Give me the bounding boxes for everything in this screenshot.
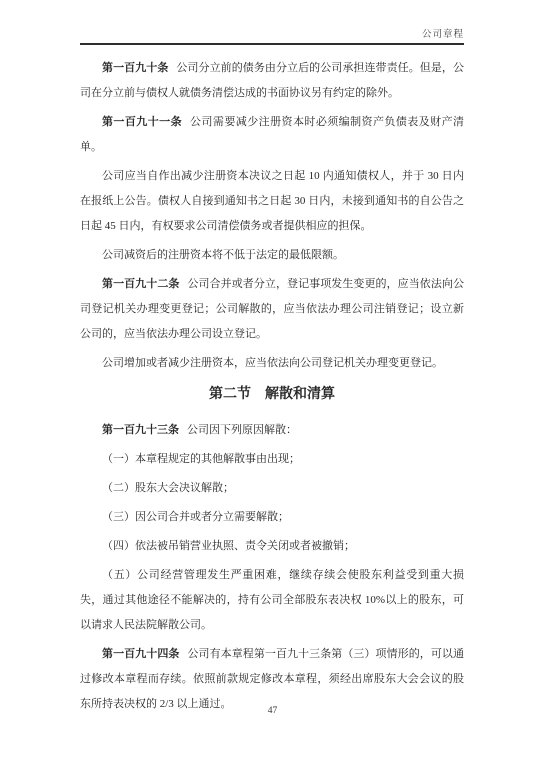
article-194-label: 第一百九十四条 bbox=[102, 648, 179, 660]
dissolution-item-4: （四）依法被吊销营业执照、责令关闭或者被撤销； bbox=[80, 534, 464, 559]
article-192-label: 第一百九十二条 bbox=[102, 278, 179, 290]
dissolution-item-5: （五）公司经营管理发生严重困难，继续存续会使股东利益受到重大损失，通过其他途径不… bbox=[80, 563, 464, 638]
document-page: 公司章程 第一百九十条公司分立前的债务由分立后的公司承担连带责任。但是，公司在分… bbox=[0, 0, 545, 771]
article-190-paragraph: 第一百九十条公司分立前的债务由分立后的公司承担连带责任。但是，公司在分立前与债权… bbox=[80, 56, 464, 106]
dissolution-item-1: （一）本章程规定的其他解散事由出现； bbox=[80, 447, 464, 472]
article-193-text: 公司因下列原因解散： bbox=[187, 424, 297, 436]
dissolution-item-2: （二）股东大会决议解散； bbox=[80, 476, 464, 501]
page-header: 公司章程 bbox=[80, 26, 464, 45]
page-number: 47 bbox=[268, 706, 278, 716]
capital-reduction-notice-paragraph: 公司应当自作出减少注册资本决议之日起 10 内通知债权人，并于 30 日内在报纸… bbox=[80, 164, 464, 239]
article-193-paragraph: 第一百九十三条公司因下列原因解散： bbox=[80, 418, 464, 443]
page-footer: 47 bbox=[0, 706, 545, 716]
article-191-label: 第一百九十一条 bbox=[102, 116, 182, 128]
dissolution-item-3: （三）因公司合并或者分立需要解散； bbox=[80, 505, 464, 530]
capital-change-registration-paragraph: 公司增加或者减少注册资本，应当依法向公司登记机关办理变更登记。 bbox=[80, 351, 464, 376]
article-191-paragraph: 第一百九十一条公司需要减少注册资本时必须编制资产负债表及财产清单。 bbox=[80, 110, 464, 160]
article-192-paragraph: 第一百九十二条公司合并或者分立，登记事项发生变更的，应当依法向公司登记机关办理变… bbox=[80, 272, 464, 347]
minimum-capital-paragraph: 公司减资后的注册资本将不低于法定的最低限额。 bbox=[80, 243, 464, 268]
article-193-label: 第一百九十三条 bbox=[102, 424, 179, 436]
article-190-label: 第一百九十条 bbox=[102, 62, 168, 74]
section-heading: 第二节 解散和清算 bbox=[80, 382, 464, 408]
header-title: 公司章程 bbox=[422, 30, 464, 40]
document-content: 第一百九十条公司分立前的债务由分立后的公司承担连带责任。但是，公司在分立前与债权… bbox=[80, 56, 464, 721]
